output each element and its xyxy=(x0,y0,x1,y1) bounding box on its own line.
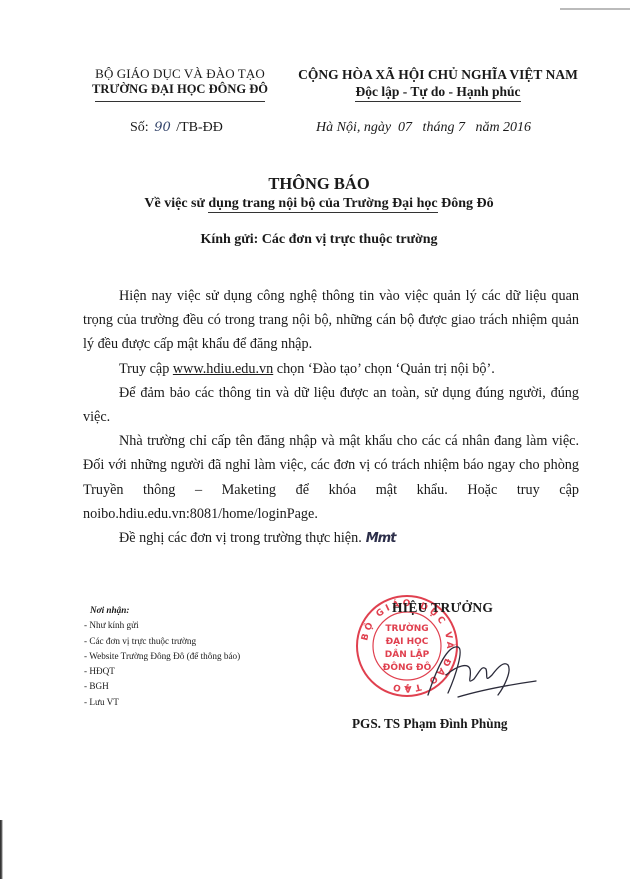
recipients-title: Nơi nhận: xyxy=(84,603,240,618)
nation-name: CỘNG HÒA XÃ HỘI CHỦ NGHĨA VIỆT NAM xyxy=(288,66,588,83)
body-paragraph: Để đảm bảo các thông tin và dữ liệu được… xyxy=(83,381,579,429)
recipient-item: - Các đơn vị trực thuộc trường xyxy=(84,634,240,649)
closing-request: Đề nghị các đơn vị trong trường thực hiệ… xyxy=(119,530,362,546)
signer-position: HIỆU TRƯỞNG xyxy=(392,600,493,616)
document-title: THÔNG BÁO xyxy=(0,174,638,194)
access-instructions: chọn ‘Đào tạo’ chọn ‘Quản trị nội bộ’. xyxy=(273,361,495,377)
subject-prefix: Về việc sử xyxy=(144,196,208,211)
recipient-item: - HĐQT xyxy=(84,664,240,679)
document-body: Hiện nay việc sử dụng công nghệ thông ti… xyxy=(83,284,579,551)
svg-text:TRƯỜNG: TRƯỜNG xyxy=(385,622,428,634)
doc-number-prefix: Số: xyxy=(130,120,149,135)
national-header: CỘNG HÒA XÃ HỘI CHỦ NGHĨA VIỆT NAM Độc l… xyxy=(288,66,588,102)
signer-name: PGS. TS Phạm Đình Phùng xyxy=(352,716,508,732)
national-motto: Độc lập - Tự do - Hạnh phúc xyxy=(355,83,520,102)
recipient-item: - Website Trường Đông Đô (để thông báo) xyxy=(84,649,240,664)
body-paragraph: Nhà trường chỉ cấp tên đăng nhập và mật … xyxy=(83,429,579,526)
scan-edge xyxy=(0,820,3,879)
school-name: TRƯỜNG ĐẠI HỌC ĐÔNG ĐÔ xyxy=(80,82,280,97)
access-text: Truy cập xyxy=(119,361,173,377)
recipient-item: - Lưu VT xyxy=(84,695,240,710)
scan-edge xyxy=(560,8,630,10)
svg-text:★: ★ xyxy=(403,683,410,692)
date-line: Hà Nội, ngày 07 tháng 7 năm 2016 xyxy=(316,120,531,136)
subject-suffix: Đông Đô xyxy=(438,196,494,211)
doc-number-handwritten: 90 xyxy=(152,120,173,135)
body-paragraph: Đề nghị các đơn vị trong trường thực hiệ… xyxy=(83,526,579,551)
handwritten-initials: Mmt xyxy=(366,531,396,546)
header-divider xyxy=(95,101,265,102)
recipients-list: Nơi nhận: - Như kính gửi - Các đơn vị tr… xyxy=(84,603,240,710)
document-page: BỘ GIÁO DỤC VÀ ĐÀO TẠO TRƯỜNG ĐẠI HỌC ĐÔ… xyxy=(0,0,638,879)
issuer-header: BỘ GIÁO DỤC VÀ ĐÀO TẠO TRƯỜNG ĐẠI HỌC ĐÔ… xyxy=(80,66,280,102)
addressee: Kính gửi: Các đơn vị trực thuộc trường xyxy=(0,232,638,248)
recipient-item: - BGH xyxy=(84,679,240,694)
ministry-name: BỘ GIÁO DỤC VÀ ĐÀO TẠO xyxy=(80,66,280,82)
document-number: Số: 90 /TB-ĐĐ xyxy=(130,120,223,136)
subject-underlined: dụng trang nội bộ của Trường Đại học xyxy=(208,196,437,213)
recipient-item: - Như kính gửi xyxy=(84,618,240,633)
doc-number-suffix: /TB-ĐĐ xyxy=(176,120,223,135)
body-paragraph: Truy cập www.hdiu.edu.vn chọn ‘Đào tạo’ … xyxy=(83,357,579,381)
document-subject: Về việc sử dụng trang nội bộ của Trường … xyxy=(0,196,638,212)
website-link[interactable]: www.hdiu.edu.vn xyxy=(173,361,273,377)
handwritten-signature xyxy=(418,635,538,705)
body-paragraph: Hiện nay việc sử dụng công nghệ thông ti… xyxy=(83,284,579,357)
